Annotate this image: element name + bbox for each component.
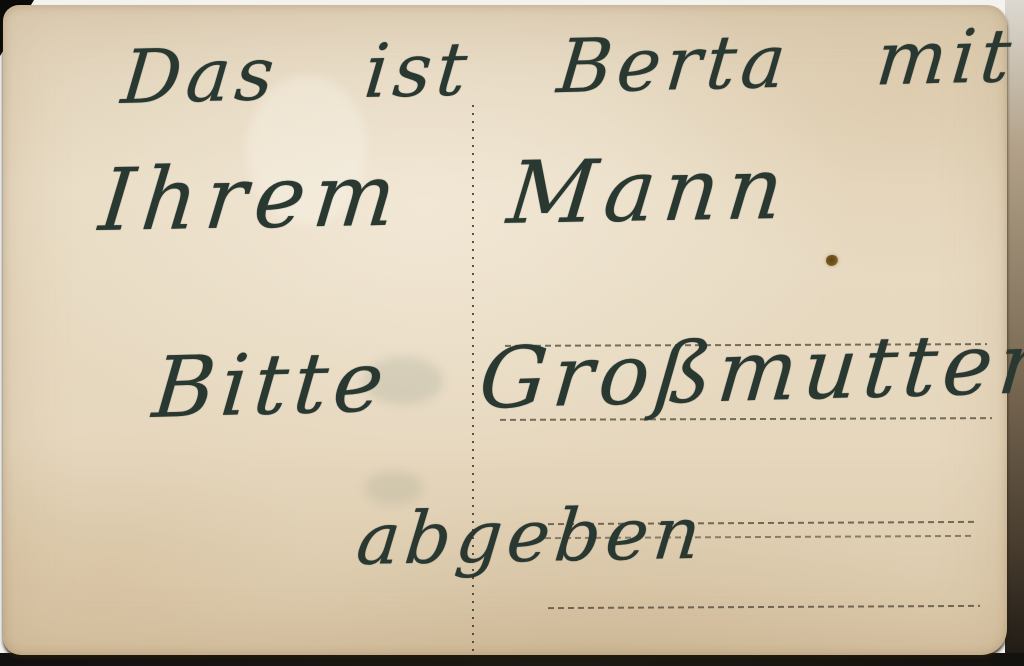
handwriting-line-2: Ihrem Mann xyxy=(95,139,796,251)
address-line xyxy=(548,605,980,609)
scanner-background: Das ist Berta mit Ihrem Mann Bitte Großm… xyxy=(0,0,1024,666)
postcard: Das ist Berta mit Ihrem Mann Bitte Großm… xyxy=(3,5,1007,655)
stain-spot xyxy=(826,255,838,266)
handwriting-line-1: Das ist Berta mit xyxy=(118,13,1020,121)
handwriting-line-4: abgeben xyxy=(353,491,710,581)
